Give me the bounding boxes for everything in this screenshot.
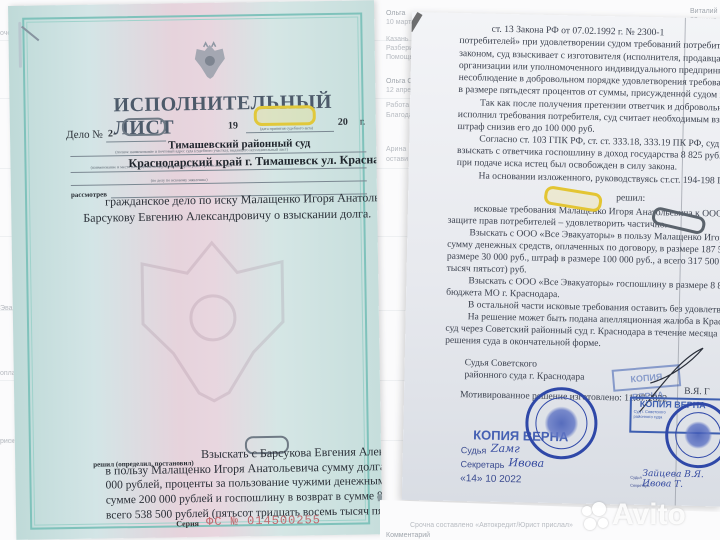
court-seal — [525, 386, 598, 459]
background-snippet: Арина — [386, 146, 406, 153]
judge-signature: Zaмг — [491, 442, 520, 456]
judge-title: районного суда г. Краснодара — [464, 369, 584, 384]
background-snippet: Разбери — [386, 45, 413, 52]
secretary-signature: Ивова — [508, 456, 544, 470]
background-snippet: остави — [386, 156, 408, 163]
series-number: ФС № 014500255 — [206, 513, 321, 529]
stamp-judge-label: Судья — [461, 445, 487, 456]
stamp-judge-label: Судья — [630, 475, 641, 480]
background-snippet: Работа — [386, 102, 409, 109]
stamp-date: «14» 10 2022 — [460, 473, 521, 485]
reviewed-label: рассмотрев — [71, 190, 107, 199]
date-prefix: 19 — [228, 120, 238, 131]
bottom-label: Комментарий — [386, 532, 430, 539]
background-snippet: Казань — [386, 36, 409, 43]
yellow-paperclip-icon — [254, 105, 316, 126]
avito-logo-icon — [582, 502, 612, 532]
paperclip-icon — [122, 118, 166, 137]
court-decision-document: ст. 13 Закона РФ от 07.02.1992 г. № 2300… — [402, 12, 720, 507]
date-caption: (дата принятия судебного акта) — [260, 125, 313, 131]
bottom-caption: Срочна составлено «Автокредит/Юрист прис… — [410, 522, 573, 529]
decision-line: Взыскать с Барсукова Евгения Александров… — [201, 443, 382, 461]
avito-watermark: Avito — [612, 498, 686, 532]
background-snippet: Помощь — [386, 54, 413, 61]
writ-of-execution-document: ИСПОЛНИТЕЛЬНЫЙ ЛИСТ Дело № 2- 19 (дата п… — [8, 0, 382, 540]
resolved-label: решил: — [616, 192, 645, 205]
secretary-signature: Ивова Т. — [642, 479, 683, 490]
background-snippet: Ольга — [386, 10, 405, 17]
series-label: Серия — [176, 519, 199, 528]
decision-text-line: На основании изложенного, руководствуясь… — [478, 170, 720, 188]
case-label: Дело № — [66, 129, 103, 142]
coat-of-arms-icon — [191, 41, 230, 82]
year-tail: г. — [360, 116, 366, 127]
extra-caption: (по делу по исковому заявлению) — [151, 177, 208, 183]
watermark-emblem-icon — [132, 232, 295, 404]
stamp-secretary-label: Секретарь — [460, 459, 504, 470]
case-number: 2- — [108, 128, 117, 139]
background-snippet: Виталий — [690, 8, 718, 15]
year-suffix: 20 — [338, 117, 348, 128]
resolved-text-line: решения суда в окончательной форме. — [445, 335, 601, 351]
